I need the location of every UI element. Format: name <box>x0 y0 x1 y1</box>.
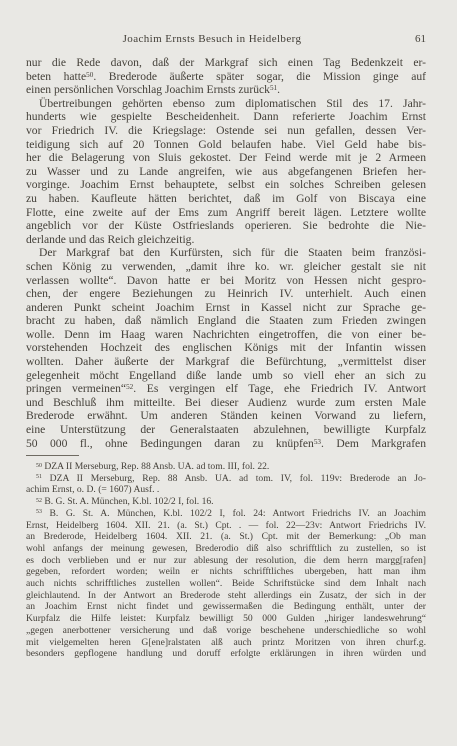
book-page: Joachim Ernsts Besuch in Heidelberg 61 n… <box>0 0 457 746</box>
footnote-marker: 50 <box>86 71 93 79</box>
text-line: 50 DZA II Merseburg, Rep. 88 Ansb. UA. a… <box>26 461 426 473</box>
running-title: Joachim Ernsts Besuch in Heidelberg <box>26 33 398 45</box>
text-line: beten hatte50. Brederode äußerte später … <box>26 70 426 84</box>
text-line: „gegen anerbottener versicherung und daß… <box>26 625 426 637</box>
footnote-marker: 50 <box>36 463 42 469</box>
text-line: pringen vermeinen“52. Es vergingen elf T… <box>26 382 426 396</box>
text-line: zu Wasser und zu Lande angreifen, wie au… <box>26 165 426 179</box>
text-line: Ernst, Heidelberg 1604. XII. 21. (a. St.… <box>26 520 426 532</box>
text-line: anderen Punkt scheint Joachim Ernst in K… <box>26 301 426 315</box>
footnote-marker: 53 <box>314 438 321 446</box>
footnote-marker: 51 <box>270 84 277 92</box>
text-line: wohl anfangs der meinung gewesen, Breder… <box>26 543 426 555</box>
text-line: bracht zu haben, daß nämlich England die… <box>26 314 426 328</box>
text-line: vor Friedrich IV. die Kriegslage: Ostend… <box>26 124 426 138</box>
text-line: Kurpfalz die Hilfe leistet: Kurpfalz bew… <box>26 613 426 625</box>
text-line: nur die Rede davon, daß der Markgraf sic… <box>26 56 426 70</box>
text-line: Übertreibungen gehörten ebenso zum diplo… <box>26 97 426 111</box>
text-line: 50 000 fl., ohne Bedingungen daran zu kn… <box>26 437 426 451</box>
text-line: verlassen wollte“. Davon hatte er bei Mo… <box>26 274 426 288</box>
page-number: 61 <box>415 33 426 45</box>
text-line: wolle. Denn im Haag waren Nachrichten ei… <box>26 328 426 342</box>
text-line: und Beschluß ihm mitteilte. Bei dieser A… <box>26 396 426 410</box>
footnote-marker: 52 <box>36 498 42 504</box>
text-line: einen persönlichen Vorschlag Joachim Ern… <box>26 83 426 97</box>
text-line: vorstehenden Hochzeit des englischen Kön… <box>26 341 426 355</box>
text-line: Der Markgraf bat den Kurfürsten, sich fü… <box>26 246 426 260</box>
footnote-marker: 51 <box>36 474 42 480</box>
text-line: wollten. Daher äußerte der Markgraf die … <box>26 355 426 369</box>
text-line: es doch verblieben und er nur zur ablesu… <box>26 555 426 567</box>
text-line: zu haben. Kaufleute hätten berichtet, da… <box>26 192 426 206</box>
text-line: hunderts wie gespielte Bescheidenheit. D… <box>26 110 426 124</box>
text-line: eine Unterstützung der Generalstaaten ab… <box>26 423 426 437</box>
text-line: an Brederode, Heidelberg 1604. XII. 21. … <box>26 531 426 543</box>
text-line: an Joachim Ernst nicht findet und gewiss… <box>26 601 426 613</box>
text-line: teidigung sich auf 20 Tonnen Gold belauf… <box>26 138 426 152</box>
text-line: 51 DZA II Merseburg, Rep. 88 Ansb. UA. a… <box>26 473 426 485</box>
text-line: angeblich vor der Küste Ostfrieslands op… <box>26 219 426 233</box>
text-line: achim Ernst, o. D. (= 1607) Ausf. . <box>26 484 426 496</box>
text-line: 53 B. G. St. A. München, K.bl. 102/2 I, … <box>26 508 426 520</box>
text-line: gelegenheit möcht Engelland diße lande u… <box>26 369 426 383</box>
text-line: chen, der engere Beziehungen zu Heinrich… <box>26 287 426 301</box>
text-line: schen König zu verwenden, „damit ihre ko… <box>26 260 426 274</box>
text-line: gegeben, refordert worden; weiln er nich… <box>26 566 426 578</box>
text-line: besonders gepflogene handlung und doruff… <box>26 648 426 660</box>
text-line: vorginge. Joachim Ernst behauptete, selb… <box>26 178 426 192</box>
text-line: auch nichts schrifftliches zustellen wol… <box>26 578 426 590</box>
text-line: Flotte, eine zweite auf der Ems zum Angr… <box>26 206 426 220</box>
page-header: Joachim Ernsts Besuch in Heidelberg 61 <box>26 33 426 48</box>
text-line: derlande und das Reich gleichzeitig. <box>26 233 426 247</box>
body-text: nur die Rede davon, daß der Markgraf sic… <box>26 56 426 450</box>
text-line: mit vielgemelten heren G[ene]ralstaten a… <box>26 637 426 649</box>
footnote-marker: 52 <box>126 383 133 391</box>
footnotes: 50 DZA II Merseburg, Rep. 88 Ansb. UA. a… <box>26 461 426 660</box>
text-line: gleichlautend. In der Antwort an Bredero… <box>26 590 426 602</box>
text-line: her die Belagerung von Sluis gekostet. D… <box>26 151 426 165</box>
text-line: Brederode erwähnt. Um anderen Ständen ke… <box>26 409 426 423</box>
footnote-marker: 53 <box>36 509 42 515</box>
text-line: 52 B. G. St. A. München, K.bl. 102/2 I, … <box>26 496 426 508</box>
footnote-separator <box>26 455 79 456</box>
